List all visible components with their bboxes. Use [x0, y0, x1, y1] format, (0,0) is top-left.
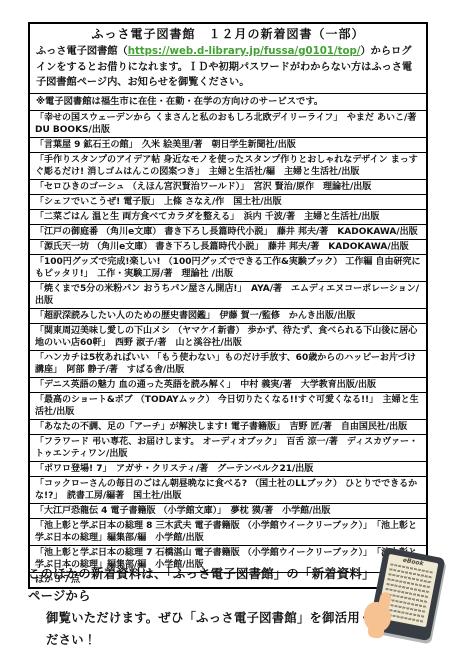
book-entry-text: 「セロひきのゴーシュ （えほん宮沢賢治ワールド）」 宮沢 賢治/原作 理論社/出…: [35, 182, 371, 192]
book-entry-text: 「あなたの不調、足の「アーチ」が解決します! 電子書籍版」 吉野 匠/著 自由国…: [35, 422, 407, 432]
book-row: 「焼くまで5分の米粉パン おうちパン屋さん開店!」 AYA/著 エムディエヌコー…: [30, 281, 426, 308]
book-row: 「江戸の御庭番 （角川e文庫） 書き下ろし長篇時代小説」 藤井 邦夫/著 KAD…: [30, 224, 426, 239]
book-row: 「言葉屋 9 鉱石王の館」 久米 絵美里/著 朝日学生新聞社/出版: [30, 137, 426, 152]
book-row: 「源氏天一坊 （角川e文庫） 書き下ろし長篇時代小説」 藤井 邦夫/著 KADO…: [30, 239, 426, 254]
library-url-link[interactable]: https://web.d-library.jp/fussa/g0101/top…: [128, 46, 361, 57]
book-row: 「ポワロ登場! 7」 アガサ・クリスティ/著 グーテンベルク21/出版: [30, 461, 426, 476]
book-row: 「超訳深読みしたい人のための歴史書図鑑」 伊藤 賀一/監修 かんき出版/出版: [30, 308, 426, 323]
book-entry-text: 「池上彰と学ぶ日本の総理 8 三木武夫 電子書籍版 （小学館ウイークリーブック）…: [35, 521, 417, 543]
book-entry-text: 「ハンカチは5枚あればいい 「もう使わない」ものだけ手放す、60歳からのハッピー…: [35, 353, 416, 375]
hand-icon: [362, 592, 396, 638]
book-entry-text: 「言葉屋 9 鉱石王の館」 久米 絵美里/著 朝日学生新聞社/出版: [35, 140, 296, 150]
book-entry-text: 「手作りスタンプのアイデア帖 身近なモノを使ったスタンプ作りとおしゃれなデザイン…: [35, 155, 418, 177]
book-entry-text: 「大江戸恐龍伝 4 電子書籍版 （小学館文庫）」 夢枕 獏/著 小学館/出版: [35, 506, 330, 516]
book-row: 「シェフでいこうぜ! 電子版」 上條 さなえ/作 国土社/出版: [30, 194, 426, 209]
book-entry-text: 「二菜ごはん 温と生 両方食べてカラダを整える」 浜内 千波/著 主婦と生活社/…: [35, 212, 379, 222]
book-entry-text: 「源氏天一坊 （角川e文庫） 書き下ろし長篇時代小説」 藤井 邦夫/著 KADO…: [35, 242, 409, 252]
newsletter-page: ふっさ電子図書館 １２月の新着図書（一部） ふっさ電子図書館（https://w…: [0, 0, 456, 648]
book-entry-text: 「最高のショート&ボブ （TODAYムック） 今日切りたくなる!!すぐ可愛くなる…: [35, 395, 419, 417]
footer-line-1: このほかの新着資料は、「ふっさ電子図書館」の「新着資料」ページから: [28, 563, 380, 607]
service-note: ※電子図書館は福生市に在住・在勤・在学の方向けのサービスです。: [30, 93, 426, 110]
book-row: 「セロひきのゴーシュ （えほん宮沢賢治ワールド）」 宮沢 賢治/原作 理論社/出…: [30, 179, 426, 194]
book-entry-text: 「超訳深読みしたい人のための歴史書図鑑」 伊藤 賀一/監修 かんき出版/出版: [35, 311, 355, 321]
book-list: 「幸せの国スウェーデンから くまさんと私のおもしろ北欧デイリーライフ」 やまだ …: [30, 110, 426, 572]
table-header: ふっさ電子図書館 １２月の新着図書（一部） ふっさ電子図書館（https://w…: [30, 24, 426, 93]
ereader-illustration: eBook: [360, 548, 452, 644]
book-entry-text: 「コックローさんの毎日のごはん朝昼晩なに食べる? （国土社のLLブック） ひとり…: [35, 479, 417, 501]
book-entry-text: 「ポワロ登場! 7」 アガサ・クリスティ/著 グーテンベルク21/出版: [35, 464, 313, 474]
book-entry-text: 「シェフでいこうぜ! 電子版」 上條 さなえ/作 国土社/出版: [35, 197, 282, 207]
book-entry-text: 「100円グッズで完成!楽しい! （100円グッズでできる工作&実験ブック） 工…: [35, 257, 421, 279]
book-entry-text: 「フラワード 弔い専花、お届けします。 オーディオブック」 百舌 涼一/著 ディ…: [35, 437, 418, 459]
page-title: ふっさ電子図書館 １２月の新着図書（一部）: [36, 27, 420, 42]
book-row: 「手作りスタンプのアイデア帖 身近なモノを使ったスタンプ作りとおしゃれなデザイン…: [30, 152, 426, 179]
book-entry-text: 「デニス英語の魅力 血の通った英語を読み解く」 中村 義実/著 大学教育出版/出…: [35, 380, 376, 390]
book-row: 「フラワード 弔い専花、お届けします。 オーディオブック」 百舌 涼一/著 ディ…: [30, 434, 426, 461]
footer-message: このほかの新着資料は、「ふっさ電子図書館」の「新着資料」ページから 御覧いただけ…: [28, 563, 380, 648]
book-row: 「あなたの不調、足の「アーチ」が解決します! 電子書籍版」 吉野 匠/著 自由国…: [30, 419, 426, 434]
book-row: 「コックローさんの毎日のごはん朝昼晩なに食べる? （国土社のLLブック） ひとり…: [30, 476, 426, 503]
book-row: 「池上彰と学ぶ日本の総理 8 三木武夫 電子書籍版 （小学館ウイークリーブック）…: [30, 518, 426, 545]
book-row: 「ハンカチは5枚あればいい 「もう使わない」ものだけ手放す、60歳からのハッピー…: [30, 350, 426, 377]
footer-line-2: 御覧いただけます。ぜひ「ふっさ電子図書館」を御活用ください！: [28, 607, 380, 648]
new-books-table: ふっさ電子図書館 １２月の新着図書（一部） ふっさ電子図書館（https://w…: [28, 22, 428, 589]
book-row: 「100円グッズで完成!楽しい! （100円グッズでできる工作&実験ブック） 工…: [30, 254, 426, 281]
book-row: 「二菜ごはん 温と生 両方食べてカラダを整える」 浜内 千波/著 主婦と生活社/…: [30, 209, 426, 224]
login-instructions: ふっさ電子図書館（https://web.d-library.jp/fussa/…: [36, 44, 420, 91]
book-entry-text: 「焼くまで5分の米粉パン おうちパン屋さん開店!」 AYA/著 エムディエヌコー…: [35, 284, 419, 306]
book-row: 「幸せの国スウェーデンから くまさんと私のおもしろ北欧デイリーライフ」 やまだ …: [30, 110, 426, 137]
intro-text-pre: ふっさ電子図書館（: [36, 46, 128, 57]
book-entry-text: 「幸せの国スウェーデンから くまさんと私のおもしろ北欧デイリーライフ」 やまだ …: [35, 113, 425, 135]
book-entry-text: 「江戸の御庭番 （角川e文庫） 書き下ろし長篇時代小説」 藤井 邦夫/著 KAD…: [35, 227, 418, 237]
book-row: 「関東周辺美味し愛しの下山メシ （ヤマケイ新書） 歩かず、待たず、食べられる下山…: [30, 323, 426, 350]
book-row: 「最高のショート&ボブ （TODAYムック） 今日切りたくなる!!すぐ可愛くなる…: [30, 392, 426, 419]
book-entry-text: 「関東周辺美味し愛しの下山メシ （ヤマケイ新書） 歩かず、待たず、食べられる下山…: [35, 326, 417, 348]
book-row: 「デニス英語の魅力 血の通った英語を読み解く」 中村 義実/著 大学教育出版/出…: [30, 377, 426, 392]
book-row: 「大江戸恐龍伝 4 電子書籍版 （小学館文庫）」 夢枕 獏/著 小学館/出版: [30, 503, 426, 518]
